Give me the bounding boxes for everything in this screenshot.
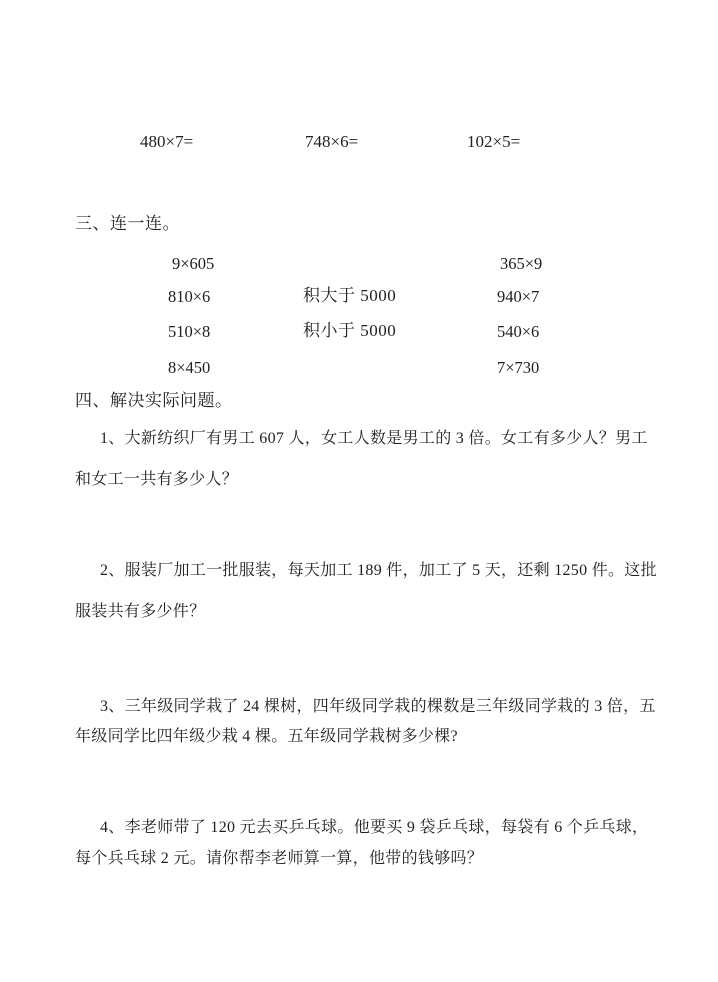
match-right-item-3: 540×6: [497, 322, 539, 343]
oral-equation-1: 480×7=: [140, 131, 193, 152]
match-middle-label-less: 积小于 5000: [303, 320, 396, 341]
problem-2-line-2: 服装共有多少件？: [75, 602, 205, 622]
oral-equation-3: 102×5=: [467, 131, 520, 152]
match-left-item-4: 8×450: [168, 358, 210, 379]
oral-equation-2: 748×6=: [305, 131, 358, 152]
match-right-item-2: 940×7: [497, 287, 539, 308]
problem-3-line-2: 年级同学比四年级少栽 4 棵。五年级同学栽树多少棵?: [75, 727, 458, 747]
problem-4-line-1: 4、李老师带了 120 元去买乒乓球。他要买 9 袋乒乓球，每袋有 6 个乒乓球…: [100, 818, 648, 838]
section-match-title: 三、连一连。: [75, 213, 180, 234]
problem-1-line-2: 和女工一共有多少人？: [75, 470, 238, 490]
section-problems-title: 四、解决实际问题。: [75, 390, 233, 411]
match-left-item-2: 810×6: [168, 287, 210, 308]
match-right-item-4: 7×730: [497, 358, 539, 379]
problem-4-line-2: 每个兵乓球 2 元。请你帮李老师算一算，他带的钱够吗？: [75, 849, 483, 869]
match-left-item-1: 9×605: [172, 254, 214, 275]
problem-1-line-1: 1、大新纺织厂有男工 607 人，女工人数是男工的 3 倍。女工有多少人？男工: [100, 429, 648, 449]
problem-3-line-1: 3、三年级同学栽了 24 棵树，四年级同学栽的棵数是三年级同学栽的 3 倍，五: [100, 697, 656, 717]
match-left-item-3: 510×8: [168, 322, 210, 343]
problem-2-line-1: 2、服装厂加工一批服装，每天加工 189 件，加工了 5 天，还剩 1250 件…: [100, 561, 657, 581]
worksheet-page: 480×7= 748×6= 102×5= 三、连一连。 9×605 365×9 …: [0, 0, 718, 982]
match-middle-label-greater: 积大于 5000: [303, 285, 396, 306]
match-right-item-1: 365×9: [500, 254, 542, 275]
